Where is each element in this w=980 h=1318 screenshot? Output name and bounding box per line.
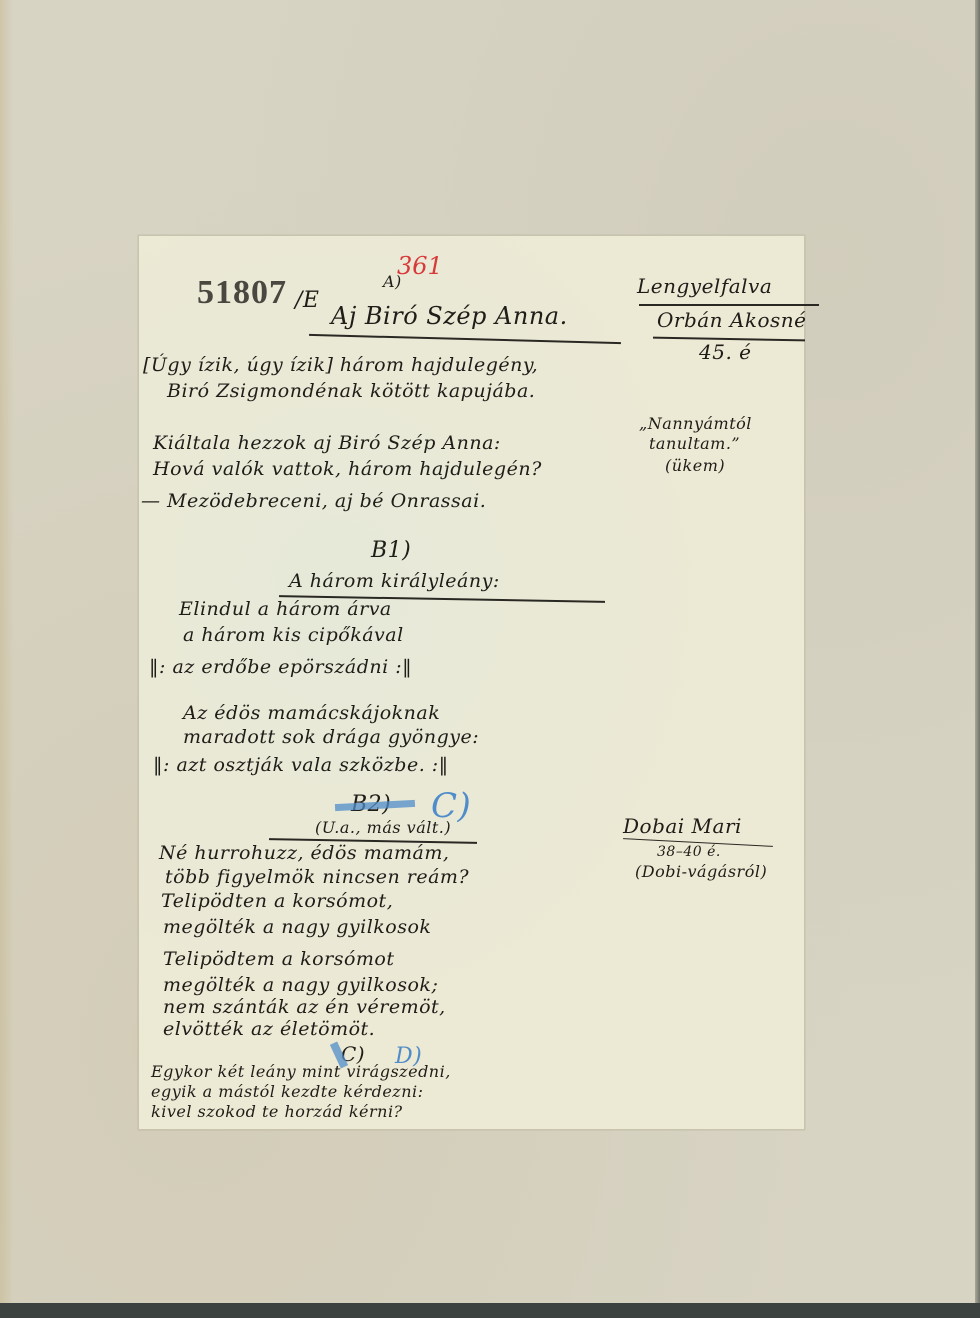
- section-b2-informant-age: 38–40 é.: [657, 844, 721, 860]
- section-b1-line-1: Elindul a három árva: [179, 598, 392, 620]
- section-a-line-1: [Úgy ízik, úgy ízik] három hajdulegény,: [143, 354, 538, 376]
- section-c-line-3: kivel szokod te horzád kérni?: [151, 1102, 403, 1121]
- section-a-line-5: — Mezödebreceni, aj bé Onrassai.: [141, 490, 486, 512]
- section-b1-line-6: ‖: azt osztják vala szközbe. :‖: [153, 754, 449, 776]
- section-a-line-3: Kiáltala hezzok aj Biró Szép Anna:: [153, 432, 501, 454]
- section-b2-line-1: Né hurrohuzz, édös mamám,: [159, 842, 449, 864]
- section-b1-line-5: maradott sok drága gyöngye:: [183, 726, 479, 748]
- location: Lengyelfalva: [637, 274, 772, 298]
- section-b2-line-4: megölték a nagy gyilkosok: [163, 916, 431, 938]
- source-note-line-3: (ükem): [665, 456, 725, 475]
- section-b1-line-3: ‖: az erdőbe epörszádni :‖: [149, 656, 412, 678]
- section-a-line-2: Biró Zsigmondénak kötött kapujába.: [167, 380, 535, 402]
- section-b2-line-6: megölték a nagy gyilkosok;: [163, 974, 438, 996]
- informant-name: Orbán Akosné: [657, 308, 807, 332]
- manuscript-sheet: 51807 /E 361 A) Aj Biró Szép Anna. Lengy…: [138, 235, 805, 1130]
- section-a-line-4: Hová valók vattok, három hajdulegén?: [153, 458, 542, 480]
- red-page-number: 361: [397, 252, 443, 280]
- section-b1-line-4: Az édös mamácskájoknak: [183, 702, 440, 724]
- inventory-suffix: /E: [295, 288, 319, 313]
- section-b2-informant-place: (Dobi-vágásról): [635, 862, 767, 881]
- section-b2-line-8: elvötték az életömöt.: [163, 1018, 375, 1040]
- section-b1-marker: B1): [371, 538, 411, 563]
- title-underline: [309, 334, 621, 344]
- section-a-marker: A): [383, 272, 402, 291]
- section-b1-line-2: a három kis cipőkával: [183, 624, 404, 646]
- section-a-title: Aj Biró Szép Anna.: [331, 302, 568, 330]
- section-c-line-2: egyik a mástól kezdte kérdezni:: [151, 1082, 424, 1101]
- source-note-line-2: tanultam.”: [649, 434, 740, 453]
- scan-bottom-edge: [0, 1303, 980, 1318]
- section-b2-informant: Dobai Mari: [623, 814, 742, 838]
- mount-right-edge: [975, 0, 980, 1303]
- location-underline: [639, 304, 819, 306]
- mount-left-shade: [0, 0, 14, 1303]
- section-b2-subtitle: (U.a., más vált.): [315, 818, 451, 837]
- section-b2-line-3: Telipödten a korsómot,: [161, 890, 393, 912]
- section-b2-line-5: Telipödtem a korsómot: [163, 948, 394, 970]
- section-c-line-1: Egykor két leány mint virágszedni,: [151, 1062, 451, 1081]
- section-b2-line-7: nem szánták az én véremöt,: [163, 996, 446, 1018]
- inventory-number: 51807: [197, 274, 287, 312]
- section-b2-line-2: több figyelmök nincsen reám?: [165, 866, 469, 888]
- source-note-line-1: „Nannyámtól: [639, 414, 752, 433]
- section-b1-title: A három királyleány:: [289, 570, 500, 592]
- informant-age: 45. é: [699, 340, 752, 364]
